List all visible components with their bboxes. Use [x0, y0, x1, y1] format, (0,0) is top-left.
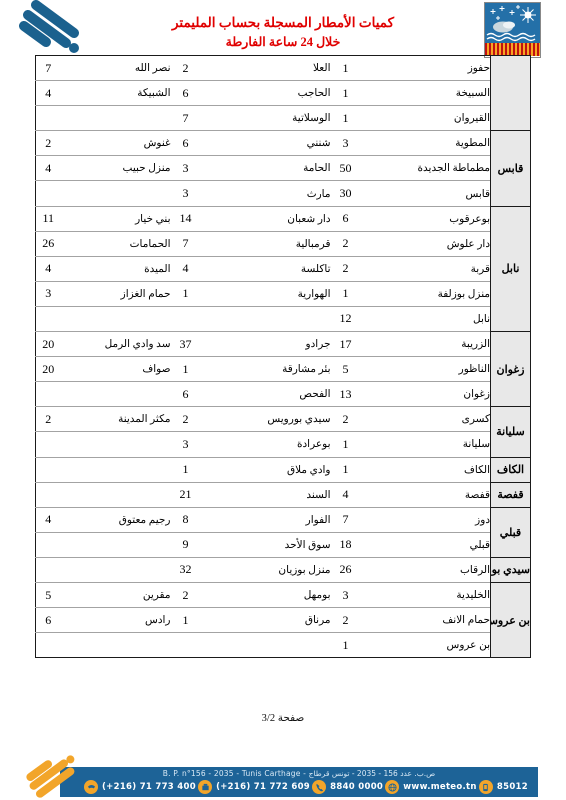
table-row: قبليدوز7الفوار8رجيم معتوق4: [36, 507, 531, 532]
value-cell: [36, 457, 61, 482]
stripes-icon: [24, 753, 80, 798]
station-cell: وادي ملاق: [201, 457, 331, 482]
region-cell: قبلي: [491, 507, 531, 557]
station-cell: حمام الانف: [361, 608, 491, 633]
value-cell: 1: [331, 106, 361, 131]
station-cell: كسرى: [361, 407, 491, 432]
station-cell: دار علوش: [361, 231, 491, 256]
value-cell: 1: [171, 457, 201, 482]
station-cell: [61, 181, 171, 206]
table-row: قابسالمطوية3شنني6غنوش2: [36, 131, 531, 156]
value-cell: 6: [331, 206, 361, 231]
value-cell: 4: [331, 482, 361, 507]
station-cell: مرناق: [201, 608, 331, 633]
value-cell: 3: [331, 131, 361, 156]
station-cell: السند: [201, 482, 331, 507]
value-cell: [171, 633, 201, 658]
table-row: سيدي بوزيدالرقاب26منزل بوزيان32: [36, 557, 531, 582]
value-cell: 32: [171, 557, 201, 582]
value-cell: 17: [331, 332, 361, 357]
value-cell: 1: [171, 357, 201, 382]
station-cell: [61, 382, 171, 407]
meteo-institute-emblem: [484, 2, 541, 58]
region-cell: قفصة: [491, 482, 531, 507]
table-row: حمام الانف2مرناق1رادس6: [36, 608, 531, 633]
value-cell: [36, 181, 61, 206]
station-cell: الفحص: [201, 382, 331, 407]
value-cell: [171, 306, 201, 331]
value-cell: 7: [171, 106, 201, 131]
station-cell: بن عروس: [361, 633, 491, 658]
table-row: سليانةكسرى2سيدي بورويس2مكثر المدينة2: [36, 407, 531, 432]
contact-item: (+216) 71 773 400: [84, 780, 196, 794]
station-cell: قابس: [361, 181, 491, 206]
station-cell: دار شعبان: [201, 206, 331, 231]
value-cell: 26: [331, 557, 361, 582]
footer-address: B. P. n°156 - 2035 - Tunis Carthage - ص.…: [60, 767, 538, 778]
station-cell: صواف: [61, 357, 171, 382]
station-cell: سوق الأحد: [201, 532, 331, 557]
station-cell: منزل حبيب: [61, 156, 171, 181]
table-row: نابل12: [36, 306, 531, 331]
value-cell: [36, 382, 61, 407]
station-cell: مقرين: [61, 582, 171, 607]
station-cell: شنني: [201, 131, 331, 156]
region-cell: قابس: [491, 131, 531, 206]
value-cell: 12: [331, 306, 361, 331]
value-cell: 21: [171, 482, 201, 507]
station-cell: نابل: [361, 306, 491, 331]
region-cell: سيدي بوزيد: [491, 557, 531, 582]
title-line-2: خلال 24 ساعة الفارطة: [0, 33, 566, 51]
station-cell: الناظور: [361, 357, 491, 382]
value-cell: 3: [36, 281, 61, 306]
value-cell: 2: [331, 608, 361, 633]
table-row: زغوان13الفحص6: [36, 382, 531, 407]
value-cell: [36, 532, 61, 557]
footer-address-fr: B. P. n°156 - 2035 - Tunis Carthage: [163, 769, 301, 778]
value-cell: 3: [171, 156, 201, 181]
value-cell: 2: [331, 256, 361, 281]
station-cell: نصر الله: [61, 56, 171, 81]
globe-icon: [385, 780, 399, 794]
page-title: كميات الأمطار المسجلة بحساب المليمتر خلا…: [0, 13, 566, 51]
value-cell: 5: [331, 357, 361, 382]
station-cell: الميدة: [61, 256, 171, 281]
station-cell: [201, 306, 331, 331]
station-cell: المطوية: [361, 131, 491, 156]
table-row: زغوانالزريبة17جرادو37سد وادي الرمل20: [36, 332, 531, 357]
value-cell: 1: [331, 281, 361, 306]
rainfall-table-grid: حفوز1العلا2نصر الله7السبيخة1الحاجب6الشبي…: [35, 55, 531, 658]
station-cell: الشبيكة: [61, 81, 171, 106]
title-line-1: كميات الأمطار المسجلة بحساب المليمتر: [0, 13, 566, 33]
value-cell: 1: [331, 56, 361, 81]
value-cell: 18: [331, 532, 361, 557]
station-cell: السبيخة: [361, 81, 491, 106]
region-cell: سليانة: [491, 407, 531, 457]
value-cell: 6: [171, 131, 201, 156]
footer-address-ar: ص.ب. عدد 156 - 2035 - تونس قرطاج: [309, 769, 436, 778]
report-page: كميات الأمطار المسجلة بحساب المليمتر خلا…: [0, 0, 566, 800]
value-cell: 30: [331, 181, 361, 206]
value-cell: 14: [171, 206, 201, 231]
region-cell: الكاف: [491, 457, 531, 482]
value-cell: 2: [331, 407, 361, 432]
station-cell: منزل بوزلفة: [361, 281, 491, 306]
station-cell: الزريبة: [361, 332, 491, 357]
table-row: القيروان1الوسلاتية7: [36, 106, 531, 131]
value-cell: 9: [171, 532, 201, 557]
fax-icon: [198, 780, 212, 794]
station-cell: سيدي بورويس: [201, 407, 331, 432]
station-cell: سد وادي الرمل: [61, 332, 171, 357]
region-cell: [491, 56, 531, 131]
station-cell: حفوز: [361, 56, 491, 81]
value-cell: 6: [171, 382, 201, 407]
value-cell: 4: [171, 256, 201, 281]
value-cell: 1: [331, 81, 361, 106]
value-cell: 7: [36, 56, 61, 81]
value-cell: 1: [331, 432, 361, 457]
station-cell: القيروان: [361, 106, 491, 131]
station-cell: الوسلاتية: [201, 106, 331, 131]
station-cell: قربة: [361, 256, 491, 281]
station-cell: الهوارية: [201, 281, 331, 306]
station-cell: الحمامات: [61, 231, 171, 256]
value-cell: 11: [36, 206, 61, 231]
station-cell: [61, 306, 171, 331]
station-cell: [201, 633, 331, 658]
value-cell: 4: [36, 507, 61, 532]
value-cell: 1: [331, 633, 361, 658]
table-row: سليانة1بوعرادة3: [36, 432, 531, 457]
station-cell: سليانة: [361, 432, 491, 457]
page-number-label: صفحة 3/2: [0, 712, 566, 724]
value-cell: 6: [36, 608, 61, 633]
station-cell: الفوار: [201, 507, 331, 532]
station-cell: الحاجب: [201, 81, 331, 106]
value-cell: [36, 432, 61, 457]
station-cell: [61, 457, 171, 482]
station-cell: حمام الغزاز: [61, 281, 171, 306]
table-row: الكافالكاف1وادي ملاق1: [36, 457, 531, 482]
station-cell: [61, 482, 171, 507]
value-cell: [36, 106, 61, 131]
value-cell: 8: [171, 507, 201, 532]
value-cell: 1: [331, 457, 361, 482]
region-cell: بن عروس: [491, 582, 531, 657]
value-cell: 2: [36, 407, 61, 432]
contact-item: 85012: [479, 780, 528, 794]
value-cell: 20: [36, 332, 61, 357]
value-cell: 6: [171, 81, 201, 106]
table-row: منزل بوزلفة1الهوارية1حمام الغزاز3: [36, 281, 531, 306]
value-cell: 1: [171, 281, 201, 306]
value-cell: 13: [331, 382, 361, 407]
region-cell: نابل: [491, 206, 531, 331]
table-row: قابس30مارث3: [36, 181, 531, 206]
table-row: قبلي18سوق الأحد9: [36, 532, 531, 557]
station-cell: بئر مشارقة: [201, 357, 331, 382]
station-cell: قبلي: [361, 532, 491, 557]
footer-contacts: (+216) 71 773 400(+216) 71 772 6098840 0…: [60, 778, 538, 794]
station-cell: رادس: [61, 608, 171, 633]
station-cell: غنوش: [61, 131, 171, 156]
contact-text: (+216) 71 772 609: [216, 782, 310, 792]
station-cell: [61, 106, 171, 131]
value-cell: 20: [36, 357, 61, 382]
value-cell: 3: [331, 582, 361, 607]
station-cell: تاكلسة: [201, 256, 331, 281]
value-cell: 1: [171, 608, 201, 633]
station-cell: دوز: [361, 507, 491, 532]
value-cell: 7: [171, 231, 201, 256]
rainfall-table: حفوز1العلا2نصر الله7السبيخة1الحاجب6الشبي…: [35, 55, 531, 658]
value-cell: [36, 557, 61, 582]
station-cell: بوعرقوب: [361, 206, 491, 231]
value-cell: 7: [331, 507, 361, 532]
station-cell: مارث: [201, 181, 331, 206]
value-cell: 26: [36, 231, 61, 256]
value-cell: 50: [331, 156, 361, 181]
value-cell: 4: [36, 156, 61, 181]
value-cell: 2: [171, 56, 201, 81]
sms-icon: [479, 780, 493, 794]
station-cell: [61, 432, 171, 457]
phone-icon: [84, 780, 98, 794]
station-cell: بني خيار: [61, 206, 171, 231]
inm-stripes-logo-orange: [24, 753, 80, 799]
value-cell: 2: [331, 231, 361, 256]
contact-item: (+216) 71 772 609: [198, 780, 310, 794]
table-row: دار علوش2قرمبالية7الحمامات26: [36, 231, 531, 256]
value-cell: 4: [36, 81, 61, 106]
table-row: حفوز1العلا2نصر الله7: [36, 56, 531, 81]
handset-icon: [312, 780, 326, 794]
table-row: الناظور5بئر مشارقة1صواف20: [36, 357, 531, 382]
table-row: بن عروسالخليدية3بومهل2مقرين5: [36, 582, 531, 607]
value-cell: [36, 633, 61, 658]
value-cell: 2: [36, 131, 61, 156]
value-cell: 2: [171, 407, 201, 432]
sky-stars-icon: [485, 3, 540, 43]
value-cell: [36, 482, 61, 507]
station-cell: [61, 557, 171, 582]
station-cell: منزل بوزيان: [201, 557, 331, 582]
value-cell: 4: [36, 256, 61, 281]
station-cell: بوعرادة: [201, 432, 331, 457]
value-cell: [36, 306, 61, 331]
footer-bar: B. P. n°156 - 2035 - Tunis Carthage - ص.…: [60, 767, 538, 797]
value-cell: 37: [171, 332, 201, 357]
contact-item: www.meteo.tn: [385, 780, 476, 794]
table-row: السبيخة1الحاجب6الشبيكة4: [36, 81, 531, 106]
station-cell: الحامة: [201, 156, 331, 181]
region-cell: زغوان: [491, 332, 531, 407]
contact-text: (+216) 71 773 400: [102, 782, 196, 792]
contact-text: www.meteo.tn: [403, 782, 476, 792]
contact-text: 8840 0000: [330, 782, 383, 792]
station-cell: [61, 532, 171, 557]
station-cell: زغوان: [361, 382, 491, 407]
table-row: مطماطة الجديدة50الحامة3منزل حبيب4: [36, 156, 531, 181]
contact-text: 85012: [497, 782, 528, 792]
station-cell: بومهل: [201, 582, 331, 607]
value-cell: 3: [171, 181, 201, 206]
table-row: بن عروس1: [36, 633, 531, 658]
station-cell: الكاف: [361, 457, 491, 482]
station-cell: مطماطة الجديدة: [361, 156, 491, 181]
station-cell: [61, 633, 171, 658]
contact-item: 8840 0000: [312, 780, 383, 794]
station-cell: رجيم معتوق: [61, 507, 171, 532]
station-cell: الخليدية: [361, 582, 491, 607]
station-cell: الرقاب: [361, 557, 491, 582]
value-cell: 3: [171, 432, 201, 457]
station-cell: مكثر المدينة: [61, 407, 171, 432]
station-cell: قفصة: [361, 482, 491, 507]
station-cell: العلا: [201, 56, 331, 81]
value-cell: 2: [171, 582, 201, 607]
table-row: قربة2تاكلسة4الميدة4: [36, 256, 531, 281]
table-row: نابلبوعرقوب6دار شعبان14بني خيار11: [36, 206, 531, 231]
table-row: قفصةقفصة4السند21: [36, 482, 531, 507]
station-cell: جرادو: [201, 332, 331, 357]
station-cell: قرمبالية: [201, 231, 331, 256]
value-cell: 5: [36, 582, 61, 607]
